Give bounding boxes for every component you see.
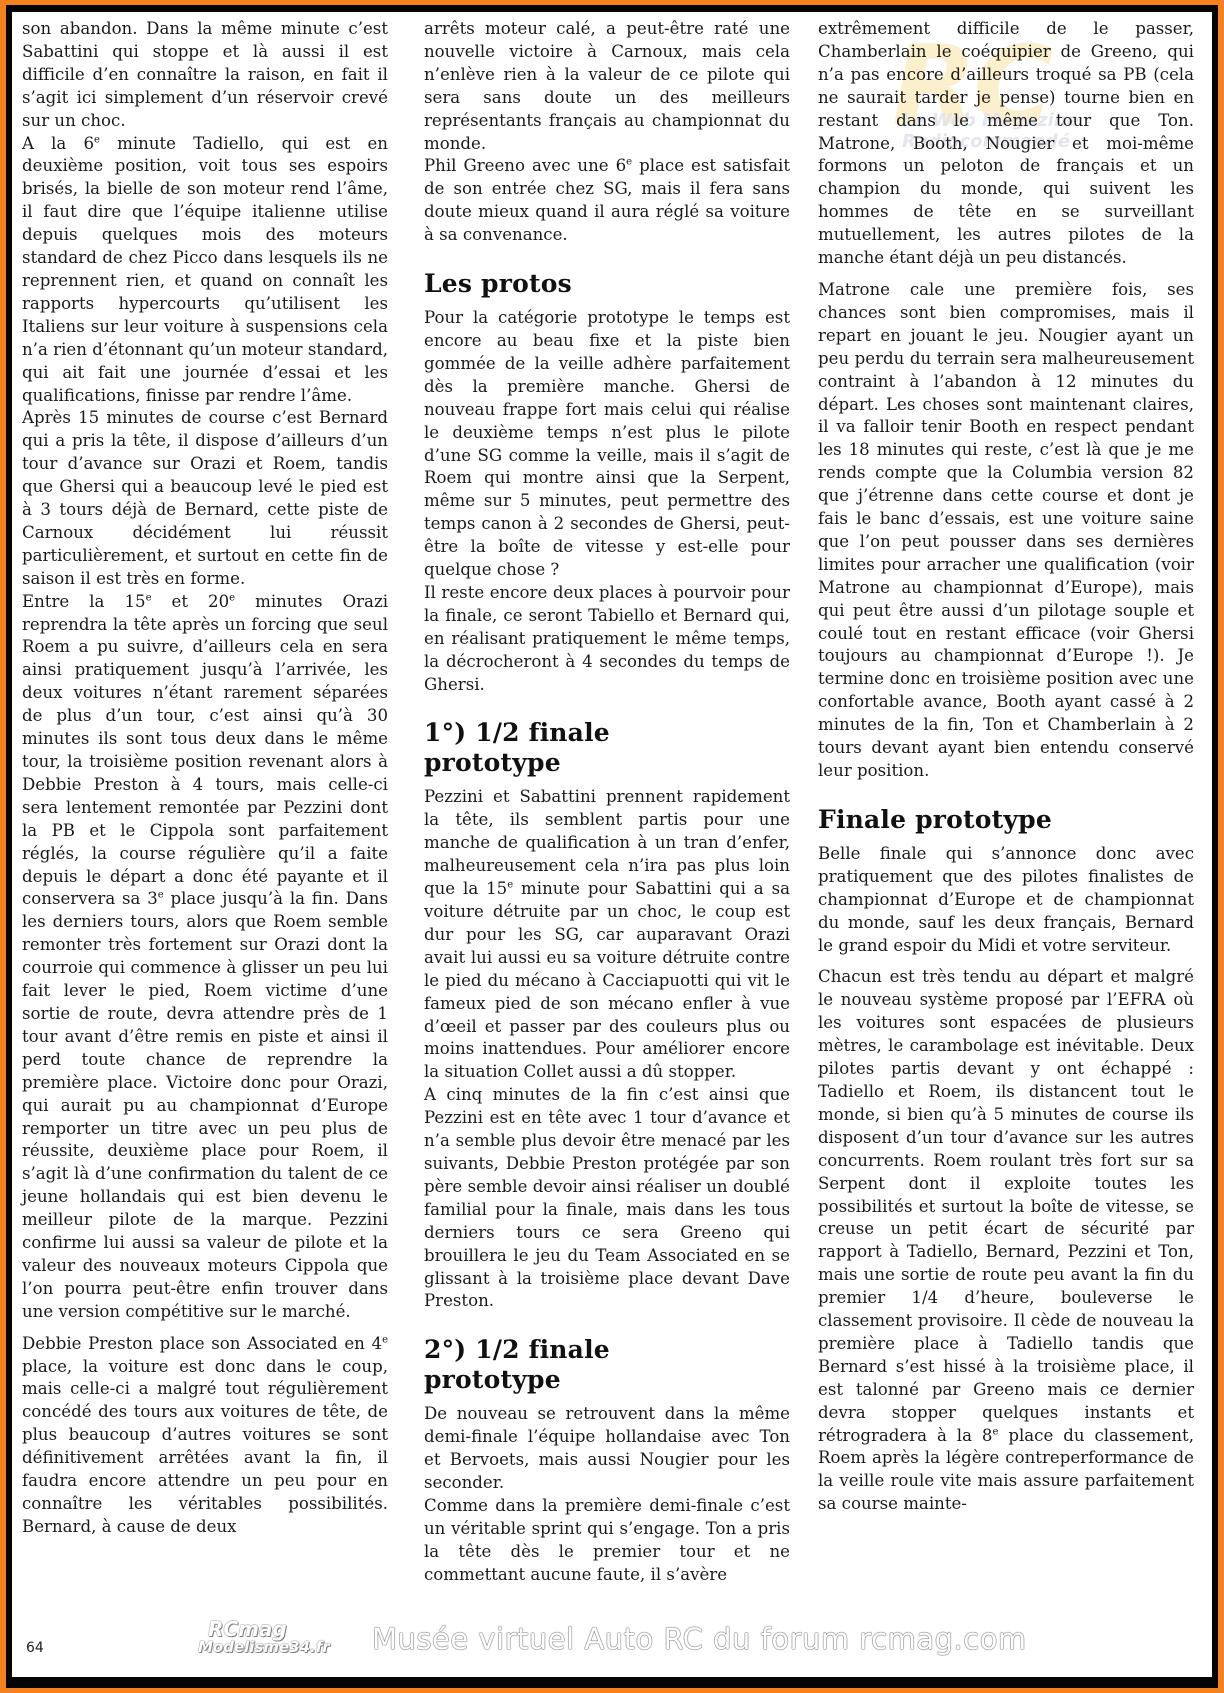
paragraph: Pour la catégorie prototype le temps est… [424,307,790,582]
page-number: 64 [26,1640,44,1656]
section-heading-les-protos: Les protos [424,269,790,299]
paragraph: Belle finale qui s’annonce donc avec pra… [818,843,1194,958]
paragraph: Debbie Preston place son Associated en 4… [22,1333,388,1539]
paragraph: son abandon. Dans la même minute c’est S… [22,18,388,133]
section-heading-finale-prototype: Finale prototype [818,805,1194,835]
article-column-1: son abandon. Dans la même minute c’est S… [22,18,388,1539]
paragraph: extrêmement difficile de le passer, Cham… [818,18,1194,270]
rcmag-brand-watermark: RCmag Modelisme34.fr [198,1620,330,1656]
paragraph: Chacun est très tendu au départ et malgr… [818,966,1194,1516]
section-heading-demi-finale-2: 2°) 1/2 finaleprototype [424,1335,790,1395]
brand-line-2: Modelisme34.fr [198,1638,330,1656]
paragraph: A cinq minutes de la fin c’est ainsi que… [424,1084,790,1313]
paragraph: Après 15 minutes de course c’est Bernard… [22,407,388,590]
section-heading-demi-finale-1: 1°) 1/2 finaleprototype [424,718,790,778]
paragraph: A la 6e minute Tadiello, qui est en deux… [22,133,388,408]
paragraph: Comme dans la première demi-finale c’est… [424,1495,790,1587]
paragraph: arrêts moteur calé, a peut-être raté une… [424,18,790,155]
article-column-3: extrêmement difficile de le passer, Cham… [818,18,1194,1516]
magazine-page: RC Le Web Magazine Radiocommandé son aba… [12,12,1212,1677]
museum-caption-watermark: Musée virtuel Auto RC du forum rcmag.com [372,1622,1027,1656]
paragraph: De nouveau se retrouvent dans la même de… [424,1403,790,1495]
paragraph: Pezzini et Sabattini prennent rapidement… [424,786,790,1084]
paragraph: Phil Greeno avec une 6e place est satisf… [424,155,790,247]
paragraph: Matrone cale une première fois, ses chan… [818,279,1194,783]
brand-line-1: RCmag [198,1620,330,1638]
article-column-2: arrêts moteur calé, a peut-être raté une… [424,18,790,1587]
paragraph: Entre la 15e et 20e minutes Orazi repren… [22,591,388,1324]
paragraph: Il reste encore deux places à pourvoir p… [424,582,790,697]
